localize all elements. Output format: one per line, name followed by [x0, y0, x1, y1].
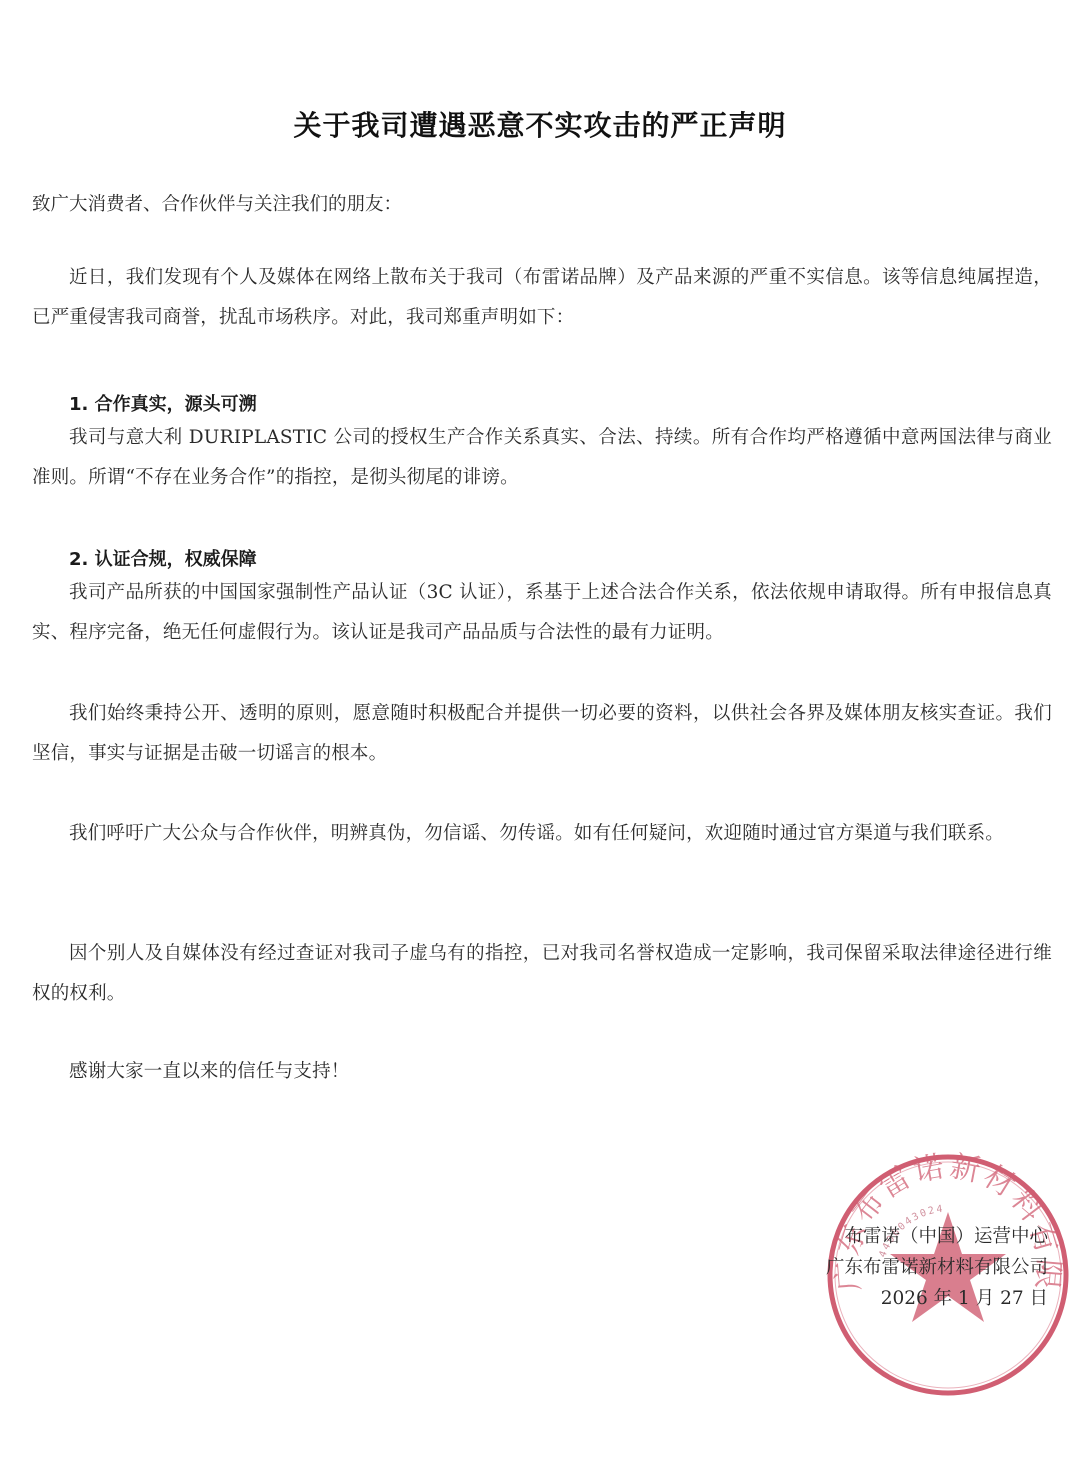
statement-document: 关于我司遭遇恶意不实攻击的严正声明 致广大消费者、合作伙伴与关注我们的朋友： 近…	[0, 0, 1080, 1465]
section-1-heading: 1. 合作真实，源头可溯	[69, 390, 257, 416]
section-1-body: 我司与意大利 DURIPLASTIC 公司的授权生产合作关系真实、合法、持续。所…	[32, 418, 1052, 498]
appeal-paragraph: 我们呼吁广大公众与合作伙伴，明辨真伪，勿信谣、勿传谣。如有任何疑问，欢迎随时通过…	[32, 814, 1052, 854]
document-title: 关于我司遭遇恶意不实攻击的严正声明	[0, 104, 1080, 144]
section-2-heading: 2. 认证合规，权威保障	[69, 545, 257, 571]
legal-rights-paragraph: 因个别人及自媒体没有经过查证对我司子虚乌有的指控，已对我司名誉权造成一定影响，我…	[32, 934, 1052, 1014]
intro-paragraph: 近日，我们发现有个人及媒体在网络上散布关于我司（布雷诺品牌）及产品来源的严重不实…	[32, 258, 1052, 338]
section-2-body: 我司产品所获的中国国家强制性产品认证（3C 认证），系基于上述合法合作关系，依法…	[32, 573, 1052, 653]
signature-block: 布雷诺（中国）运营中心 广东布雷诺新材料有限公司 2026 年 1 月 27 日	[826, 1221, 1048, 1314]
signature-company-name: 广东布雷诺新材料有限公司	[826, 1252, 1048, 1283]
signature-operations-center: 布雷诺（中国）运营中心	[826, 1221, 1048, 1252]
salutation: 致广大消费者、合作伙伴与关注我们的朋友：	[32, 190, 402, 216]
signature-date: 2026 年 1 月 27 日	[826, 1283, 1048, 1314]
thanks-paragraph: 感谢大家一直以来的信任与支持！	[32, 1052, 1052, 1092]
transparency-paragraph: 我们始终秉持公开、透明的原则，愿意随时积极配合并提供一切必要的资料，以供社会各界…	[32, 694, 1052, 774]
